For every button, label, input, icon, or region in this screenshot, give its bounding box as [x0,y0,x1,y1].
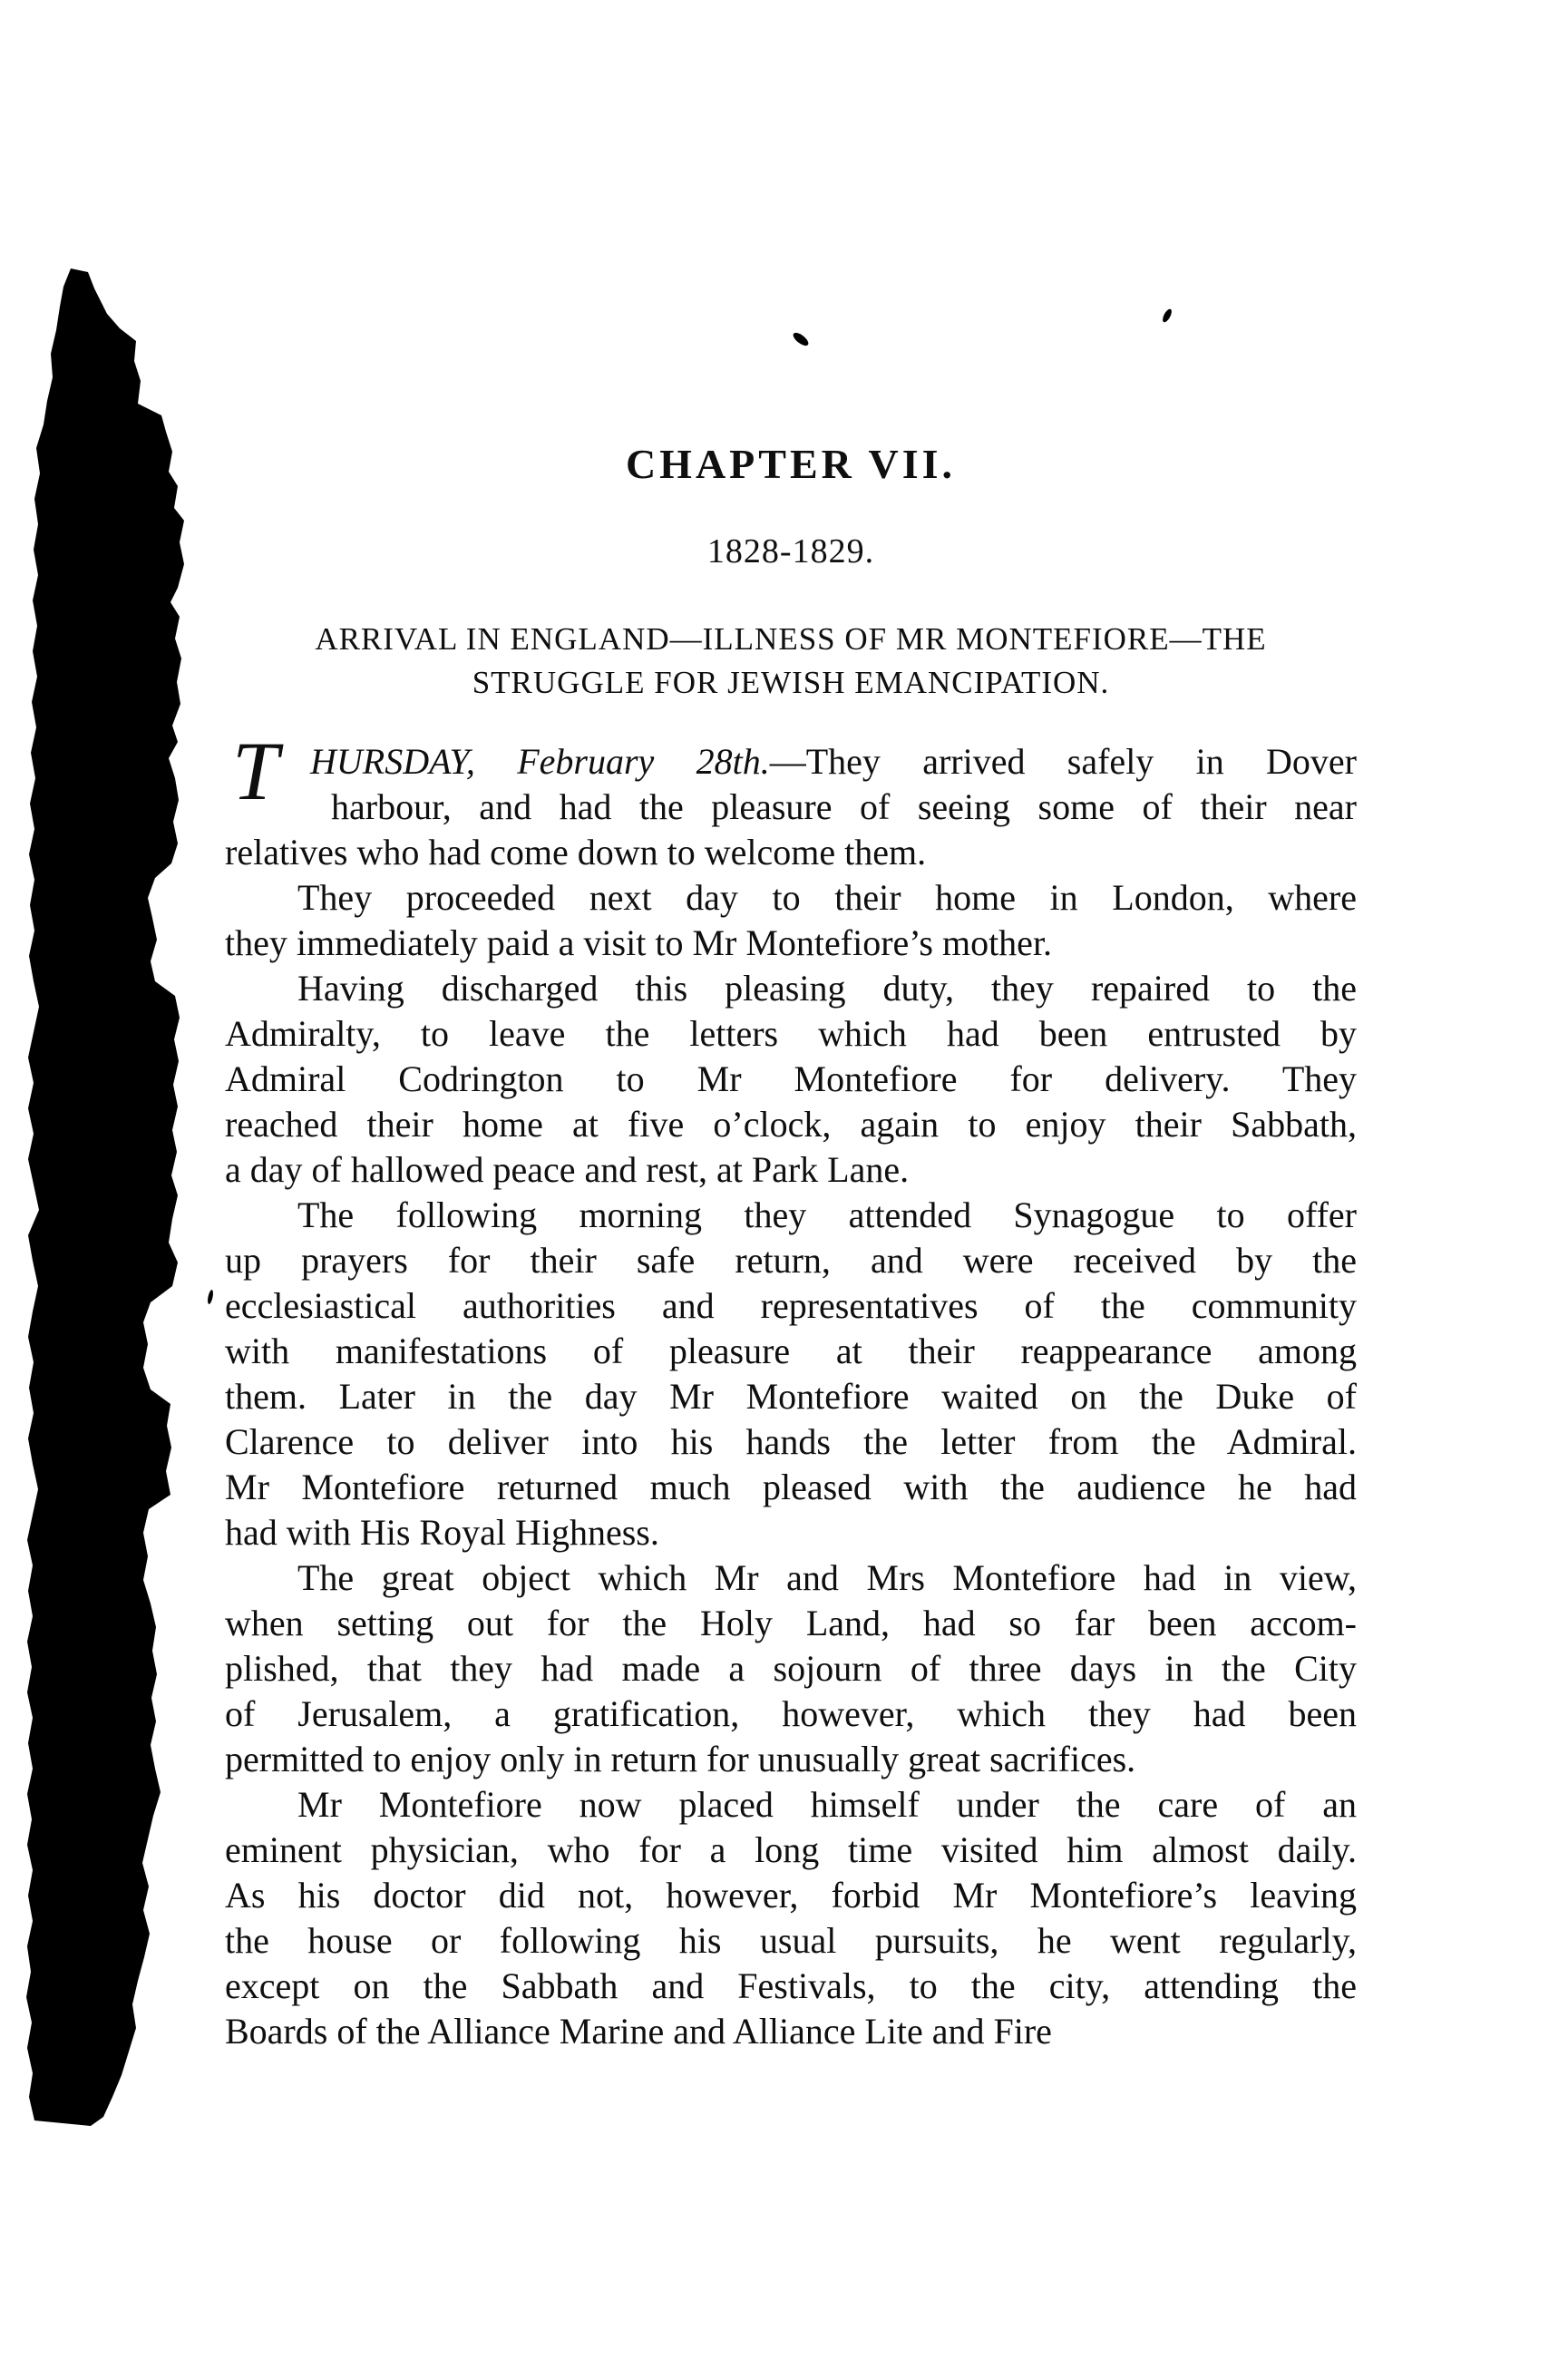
text-line: plished, that they had made a sojourn of… [225,1646,1357,1691]
chapter-heading: CHAPTER VII. [225,442,1357,488]
text-line: Having discharged this pleasing duty, th… [225,966,1357,1011]
scan-speck [1161,307,1174,323]
text-line: had with His Royal Highness. [225,1510,1357,1555]
text-line: As his doctor did not, however, forbid M… [225,1873,1357,1918]
scan-speck [207,1290,214,1305]
ink-blob-artifact [26,268,184,2126]
text-line: HURSDAY, February 28th.—They arrived saf… [225,739,1357,785]
chapter-subtitle-line1: ARRIVAL IN ENGLAND—ILLNESS OF MR MONTEFI… [225,618,1357,661]
text-line: of Jerusalem, a gratification, however, … [225,1691,1357,1737]
text-line: ecclesiastical authorities and represent… [225,1283,1357,1329]
text-line: They proceeded next day to their home in… [225,875,1357,921]
text-line: relatives who had come down to welcome t… [225,830,1357,875]
text-line: reached their home at five o’clock, agai… [225,1102,1357,1147]
text-line: Clarence to deliver into his hands the l… [225,1419,1357,1465]
text-line: Mr Montefiore now placed himself under t… [225,1782,1357,1828]
text-line: with manifestations of pleasure at their… [225,1329,1357,1374]
chapter-date: 1828-1829. [225,533,1357,571]
text-line: them. Later in the day Mr Montefiore wai… [225,1374,1357,1419]
book-page: CHAPTER VII. 1828-1829. ARRIVAL IN ENGLA… [0,0,1568,2369]
text-line: harbour, and had the pleasure of seeing … [225,785,1357,830]
chapter-subtitle: ARRIVAL IN ENGLAND—ILLNESS OF MR MONTEFI… [225,618,1357,705]
text-line: Admiral Codrington to Mr Montefiore for … [225,1057,1357,1102]
text-line: a day of hallowed peace and rest, at Par… [225,1147,1357,1193]
text-line: The great object which Mr and Mrs Montef… [225,1555,1357,1601]
text-line: eminent physician, who for a long time v… [225,1828,1357,1873]
scan-speck [791,330,810,347]
text-line: The following morning they attended Syna… [225,1193,1357,1238]
body-text-lines: HURSDAY, February 28th.—They arrived saf… [225,739,1357,2054]
text-line: Admiralty, to leave the letters which ha… [225,1011,1357,1057]
text-line: they immediately paid a visit to Mr Mont… [225,921,1357,966]
text-line: Boards of the Alliance Marine and Allian… [225,2009,1357,2054]
text-line: the house or following his usual pursuit… [225,1918,1357,1964]
text-line: up prayers for their safe return, and we… [225,1238,1357,1283]
text-line: Mr Montefiore returned much pleased with… [225,1465,1357,1510]
chapter-subtitle-line2: STRUGGLE FOR JEWISH EMANCIPATION. [225,661,1357,705]
text-line: except on the Sabbath and Festivals, to … [225,1964,1357,2009]
text-line: permitted to enjoy only in return for un… [225,1737,1357,1782]
text-line: when setting out for the Holy Land, had … [225,1601,1357,1646]
